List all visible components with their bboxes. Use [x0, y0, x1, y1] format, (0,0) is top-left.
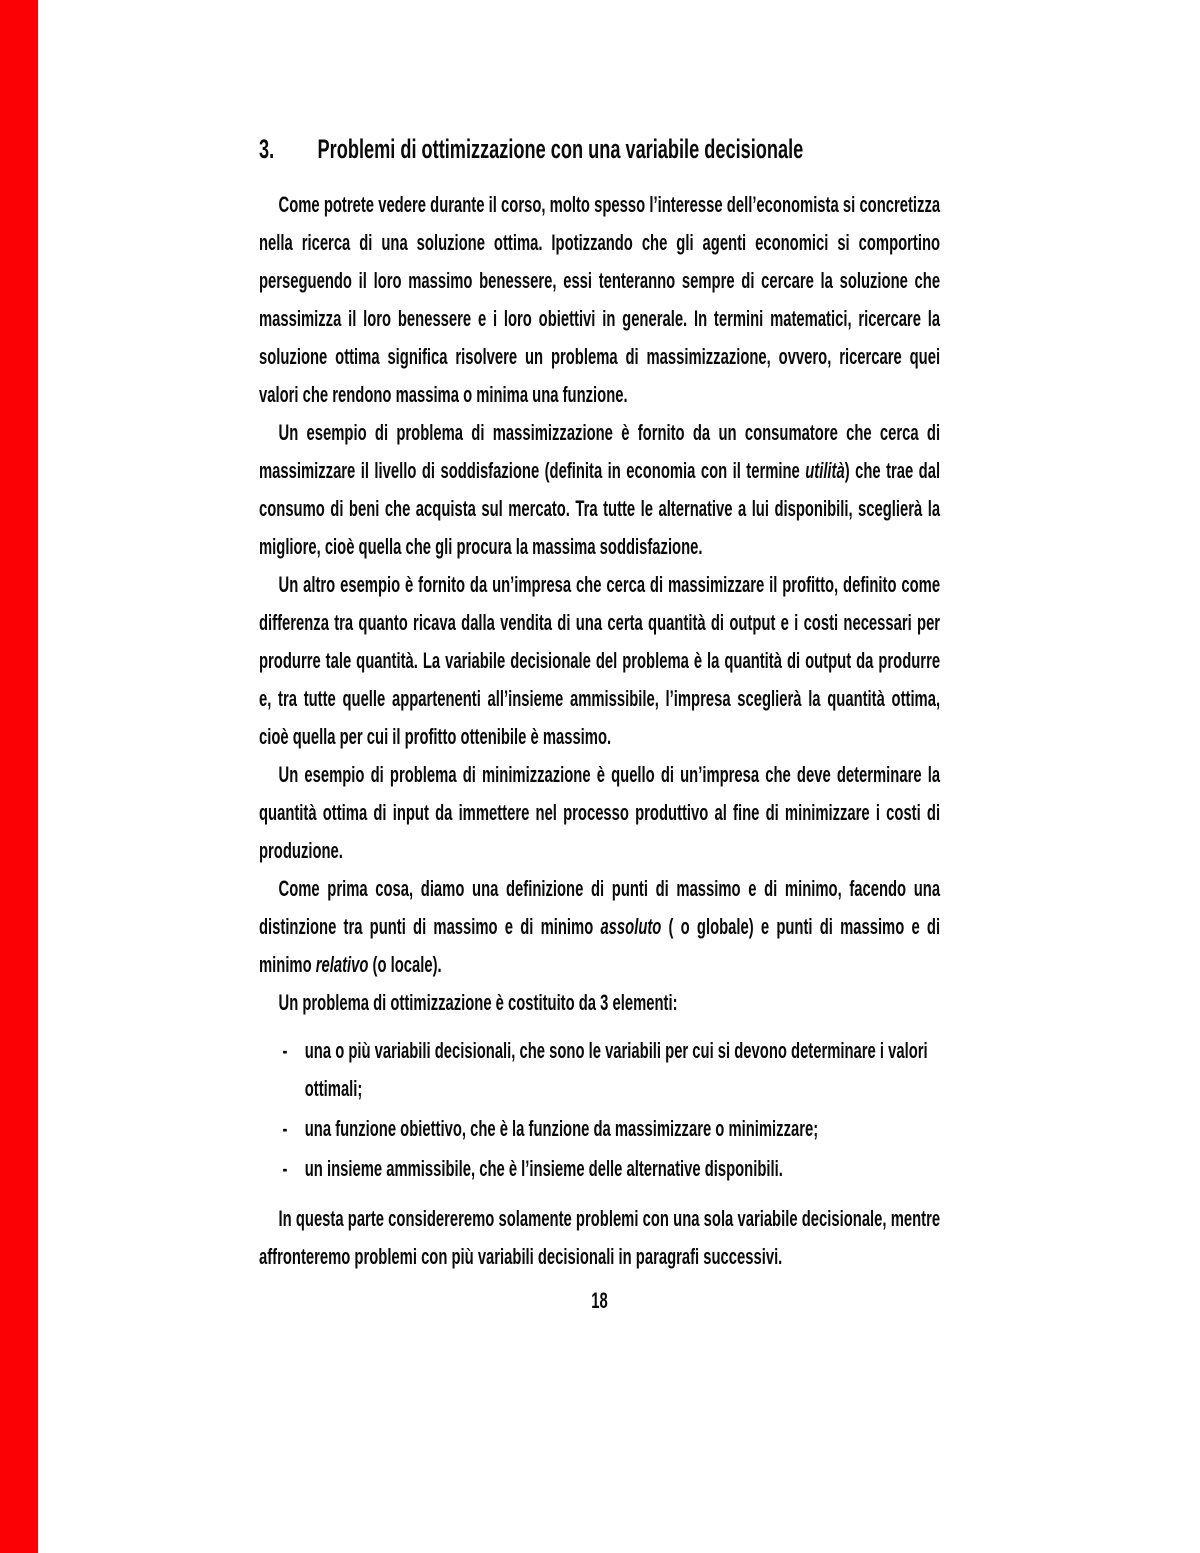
paragraph-1-text: Come potrete vedere durante il corso, mo… — [259, 192, 940, 407]
paragraph-7: In questa parte considereremo solamente … — [259, 1200, 940, 1276]
section-number: 3. — [259, 131, 274, 167]
document-content: 3. Problemi di ottimizzazione con una va… — [259, 0, 940, 1320]
paragraph-6: Un problema di ottimizzazione è costitui… — [259, 984, 940, 1022]
list-item: - un insieme ammissibile, che è l’insiem… — [259, 1150, 940, 1188]
paragraph-6-text: Un problema di ottimizzazione è costitui… — [279, 990, 678, 1015]
paragraph-4: Un esempio di problema di minimizzazione… — [259, 756, 940, 870]
list-item: - una funzione obiettivo, che è la funzi… — [259, 1110, 940, 1148]
elements-list: - una o più variabili decisionali, che s… — [259, 1032, 940, 1188]
section-heading: 3. Problemi di ottimizzazione con una va… — [259, 131, 940, 167]
body-text: Come potrete vedere durante il corso, mo… — [259, 186, 940, 1276]
paragraph-5-italic-relativo: relativo — [316, 952, 369, 977]
paragraph-3: Un altro esempio è fornito da un’impresa… — [259, 566, 940, 756]
paragraph-1: Come potrete vedere durante il corso, mo… — [259, 186, 940, 414]
paragraph-4-text: Un esempio di problema di minimizzazione… — [259, 762, 940, 863]
paragraph-2: Un esempio di problema di massimizzazion… — [259, 414, 940, 566]
section-title: Problemi di ottimizzazione con una varia… — [318, 131, 804, 167]
dash-bullet-icon: - — [283, 1110, 288, 1148]
page-number: 18 — [259, 1282, 940, 1320]
list-item-text: un insieme ammissibile, che è l’insieme … — [305, 1156, 783, 1181]
dash-bullet-icon: - — [283, 1150, 288, 1188]
list-item-text: una o più variabili decisionali, che son… — [305, 1038, 928, 1101]
paragraph-5-italic-assoluto: assoluto — [600, 914, 661, 939]
dash-bullet-icon: - — [283, 1032, 288, 1070]
paragraph-5-text-e: (o locale). — [368, 952, 441, 977]
list-item-text: una funzione obiettivo, che è la funzion… — [305, 1116, 818, 1141]
paragraph-3-text: Un altro esempio è fornito da un’impresa… — [259, 572, 940, 749]
left-edge-accent-bar — [0, 0, 38, 1553]
document-page: 3. Problemi di ottimizzazione con una va… — [0, 0, 1200, 1553]
paragraph-7-text: In questa parte considereremo solamente … — [259, 1206, 940, 1269]
list-item: - una o più variabili decisionali, che s… — [259, 1032, 940, 1108]
paragraph-5: Come prima cosa, diamo una definizione d… — [259, 870, 940, 984]
paragraph-2-italic-utilita: utilità — [805, 458, 844, 483]
